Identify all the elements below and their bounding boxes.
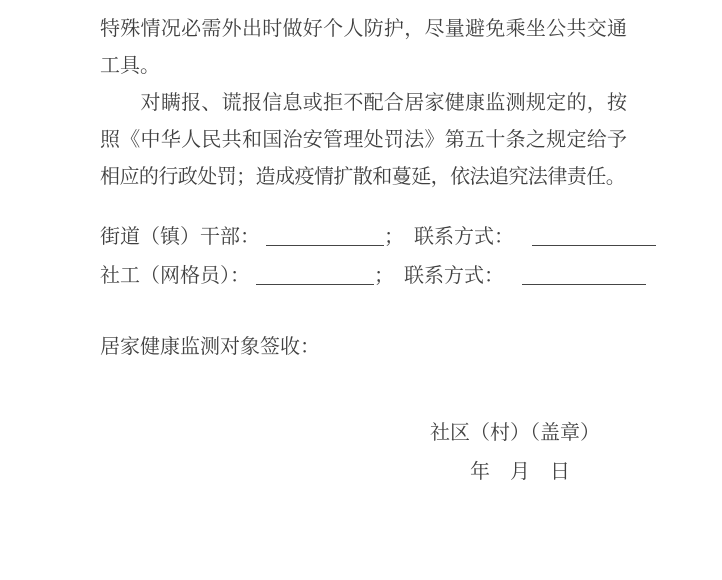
separator: ； bbox=[384, 224, 404, 248]
signee-label: 居家健康监测对象签收： bbox=[100, 327, 627, 366]
paragraph-line: 工具。 bbox=[100, 47, 627, 84]
contact-section: 街道（镇）干部：；联系方式： 社工（网格员）：；联系方式： bbox=[100, 217, 627, 295]
paragraph-line: 对瞒报、谎报信息或拒不配合居家健康监测规定的，按 bbox=[100, 84, 627, 121]
contact-row-grid-worker: 社工（网格员）：；联系方式： bbox=[100, 256, 627, 295]
paragraph-personal-protection: 特殊情况必需外出时做好个人防护，尽量避免乘坐公共交通 工具。 bbox=[100, 10, 627, 84]
fill-in-blank-name bbox=[256, 266, 374, 285]
document-page: 特殊情况必需外出时做好个人防护，尽量避免乘坐公共交通 工具。 对瞒报、谎报信息或… bbox=[0, 0, 722, 491]
fill-in-blank-phone bbox=[532, 227, 656, 246]
role-label: 社工（网格员）： bbox=[100, 263, 250, 287]
paragraph-penalty-clause: 对瞒报、谎报信息或拒不配合居家健康监测规定的，按 照《中华人民共和国治安管理处罚… bbox=[100, 84, 627, 195]
fill-in-blank-phone bbox=[522, 266, 646, 285]
date-line: 年 月 日 bbox=[100, 452, 627, 491]
fill-in-blank-name bbox=[266, 227, 384, 246]
paragraph-line: 相应的行政处罚；造成疫情扩散和蔓延，依法追究法律责任。 bbox=[100, 158, 627, 195]
paragraph-line: 照《中华人民共和国治安管理处罚法》第五十条之规定给予 bbox=[100, 121, 627, 158]
phone-label: 联系方式： bbox=[404, 263, 504, 287]
phone-label: 联系方式： bbox=[414, 224, 514, 248]
stamp-line: 社区（村）（盖章） bbox=[100, 413, 627, 452]
paragraph-line: 特殊情况必需外出时做好个人防护，尽量避免乘坐公共交通 bbox=[100, 10, 627, 47]
role-label: 街道（镇）干部： bbox=[100, 224, 260, 248]
contact-row-street-cadre: 街道（镇）干部：；联系方式： bbox=[100, 217, 627, 256]
separator: ； bbox=[374, 263, 394, 287]
